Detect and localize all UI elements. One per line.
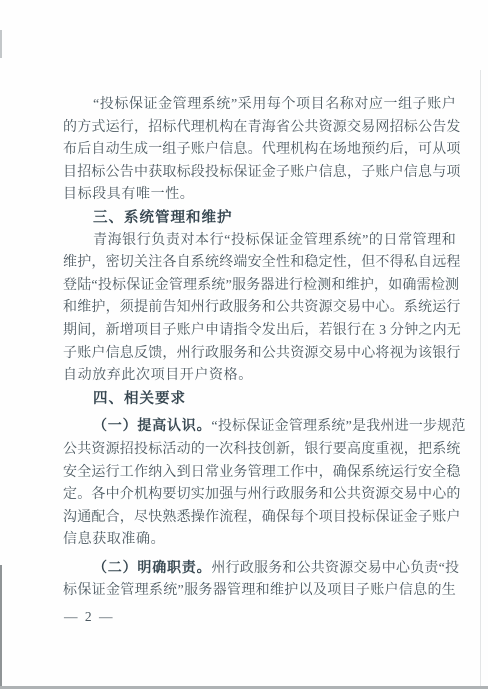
text-line: 安全运行工作纳入到日常业务管理工作中，确保系统运行安全稳 [63,462,456,485]
scan-edge-left-upper [0,30,2,58]
text-line: 沟通配合，尽快熟悉操作流程，确保每个项目投标保证金子账户 [63,507,456,530]
text-line: （二）明确职责。州行政服务和公共资源交易中心负责“投 [63,558,456,581]
body-text: 青海银行负责对本行“投标保证金管理系统”的日常管理和 [93,233,456,248]
text-line: 自动放弃此次项目开户资格。 [63,365,456,388]
body-text: 自动放弃此次项目开户资格。 [63,368,253,383]
body-text: 公共资源招投标活动的一次科技创新，银行要高度重视，把系统 [63,442,461,457]
body-text: 标保证金管理系统”服务器管理和维护以及项目子账户信息的生 [63,583,456,598]
text-line: （一）提高认识。“投标保证金管理系统”是我州进一步规范 [63,416,456,439]
page-number: — 2 — [64,606,115,628]
body-text: “投标保证金管理系统”采用每个项目名称对应一组子账户 [93,97,456,112]
body-text: 登陆“投标保证金管理系统”服务器进行检测和维护，如确需检测 [63,278,459,293]
text-line: “投标保证金管理系统”采用每个项目名称对应一组子账户 [63,94,456,117]
scan-edge-bottom [0,686,488,689]
text-line: 信息获取准确。 [63,529,456,552]
text-line: 目标段具有唯一性。 [63,184,456,207]
text-line: 期间，新增项目子账户申请指令发出后，若银行在 3 分钟之内无 [63,320,456,343]
paragraph: （二）明确职责。州行政服务和公共资源交易中心负责“投标保证金管理系统”服务器管理… [63,558,456,603]
text-line: 维护，密切关注各自系统终端安全性和稳定性，但不得私自远程 [63,252,456,275]
body-text: “投标保证金管理系统”是我州进一步规范 [211,419,465,434]
body-text: 目招标公告中获取标段投标保证金子账户信息，子账户信息与项 [63,165,461,180]
text-line: 目招标公告中获取标段投标保证金子账户信息，子账户信息与项 [63,162,456,185]
section-heading: 四、相关要求 [63,388,456,411]
body-text: 维护，密切关注各自系统终端安全性和稳定性，但不得私自远程 [63,255,461,270]
body-text: 定。各中介机构要切实加强与州行政服务和公共资源交易中心的 [63,487,461,502]
text-line: 子账户信息反馈，州行政服务和公共资源交易中心将视为该银行 [63,343,456,366]
document-body: “投标保证金管理系统”采用每个项目名称对应一组子账户的方式运行，招标代理机构在青… [63,94,456,603]
body-text: 目标段具有唯一性。 [63,187,194,202]
text-line: 和维护，须提前告知州行政服务和公共资源交易中心。系统运行 [63,297,456,320]
text-line: 定。各中介机构要切实加强与州行政服务和公共资源交易中心的 [63,484,456,507]
body-text: 子账户信息反馈，州行政服务和公共资源交易中心将视为该银行 [63,346,461,361]
document-page: “投标保证金管理系统”采用每个项目名称对应一组子账户的方式运行，招标代理机构在青… [0,0,488,689]
body-text: 信息获取准确。 [63,532,165,547]
text-line: 的方式运行，招标代理机构在青海省公共资源交易网招标公告发 [63,117,456,140]
body-text: 的方式运行，招标代理机构在青海省公共资源交易网招标公告发 [63,120,461,135]
text-line: 青海银行负责对本行“投标保证金管理系统”的日常管理和 [63,230,456,253]
body-text: 沟通配合，尽快熟悉操作流程，确保每个项目投标保证金子账户 [63,510,461,525]
text-line: 布后自动生成一组子账户信息。代理机构在场地预约后，可从项 [63,139,456,162]
body-text: 州行政服务和公共资源交易中心负责“投 [211,561,459,576]
text-line: 登陆“投标保证金管理系统”服务器进行检测和维护，如确需检测 [63,275,456,298]
bold-lead-text: （一）提高认识。 [93,419,211,434]
body-text: 安全运行工作纳入到日常业务管理工作中，确保系统运行安全稳 [63,465,461,480]
body-text: 和维护，须提前告知州行政服务和公共资源交易中心。系统运行 [63,300,461,315]
paragraph: “投标保证金管理系统”采用每个项目名称对应一组子账户的方式运行，招标代理机构在青… [63,94,456,207]
scan-edge-left-lower [0,565,2,686]
section-heading: 三、系统管理和维护 [63,207,456,230]
body-text: 期间，新增项目子账户申请指令发出后，若银行在 3 分钟之内无 [63,323,461,338]
body-text: 布后自动生成一组子账户信息。代理机构在场地预约后，可从项 [63,142,461,157]
paragraph: （一）提高认识。“投标保证金管理系统”是我州进一步规范公共资源招投标活动的一次科… [63,416,456,552]
scan-edge-right [480,70,481,686]
paragraph: 青海银行负责对本行“投标保证金管理系统”的日常管理和维护，密切关注各自系统终端安… [63,230,456,388]
text-line: 标保证金管理系统”服务器管理和维护以及项目子账户信息的生 [63,580,456,603]
text-line: 公共资源招投标活动的一次科技创新，银行要高度重视，把系统 [63,439,456,462]
bold-lead-text: （二）明确职责。 [93,561,211,576]
